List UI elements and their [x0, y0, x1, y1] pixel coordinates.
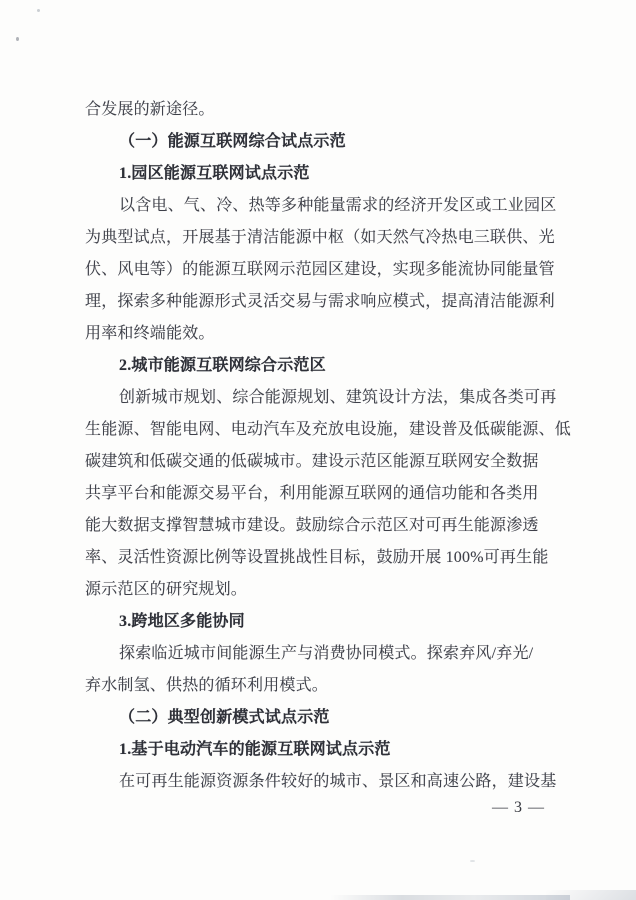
text-line: 用率和终端能效。 [85, 318, 557, 350]
scan-speck [37, 9, 40, 12]
scan-edge-smudge [330, 895, 570, 900]
document-body: 合发展的新途径。（一）能源互联网综合试点示范1.园区能源互联网试点示范以含电、气… [85, 94, 557, 798]
text-line: 生能源、智能电网、电动汽车及充放电设施，建设普及低碳能源、低 [85, 414, 557, 446]
text-line: 创新城市规划、综合能源规划、建筑设计方法，集成各类可再 [85, 382, 557, 414]
scan-corner-smudge [546, 890, 636, 900]
text-line: 源示范区的研究规划。 [85, 574, 557, 606]
scanned-document-page: 合发展的新途径。（一）能源互联网综合试点示范1.园区能源互联网试点示范以含电、气… [0, 0, 636, 900]
text-line: 能大数据支撑智慧城市建设。鼓励综合示范区对可再生能源渗透 [85, 510, 557, 542]
text-line: 共享平台和能源交易平台，利用能源互联网的通信功能和各类用 [85, 478, 557, 510]
text-line: 碳建筑和低碳交通的低碳城市。建设示范区能源互联网安全数据 [85, 446, 557, 478]
text-line: 合发展的新途径。 [85, 94, 557, 126]
text-line: 在可再生能源资源条件较好的城市、景区和高速公路，建设基 [85, 766, 557, 798]
page-number: — 3 — [492, 796, 545, 820]
text-line: 伏、风电等）的能源互联网示范园区建设，实现多能流协同能量管 [85, 254, 557, 286]
text-line: 弃水制氢、供热的循环利用模式。 [85, 670, 557, 702]
heading-line: （一）能源互联网综合试点示范 [85, 126, 557, 158]
scan-speck [16, 37, 19, 41]
scan-speck [470, 860, 475, 862]
heading-line: 1.基于电动汽车的能源互联网试点示范 [85, 734, 557, 766]
text-line: 率、灵活性资源比例等设置挑战性目标，鼓励开展 100%可再生能 [85, 542, 557, 574]
heading-line: 3.跨地区多能协同 [85, 606, 557, 638]
text-line: 理，探索多种能源形式灵活交易与需求响应模式，提高清洁能源利 [85, 286, 557, 318]
heading-line: 2.城市能源互联网综合示范区 [85, 350, 557, 382]
heading-line: （二）典型创新模式试点示范 [85, 702, 557, 734]
text-line: 为典型试点，开展基于清洁能源中枢（如天然气冷热电三联供、光 [85, 222, 557, 254]
text-line: 探索临近城市间能源生产与消费协同模式。探索弃风/弃光/ [85, 638, 557, 670]
heading-line: 1.园区能源互联网试点示范 [85, 158, 557, 190]
text-line: 以含电、气、冷、热等多种能量需求的经济开发区或工业园区 [85, 190, 557, 222]
